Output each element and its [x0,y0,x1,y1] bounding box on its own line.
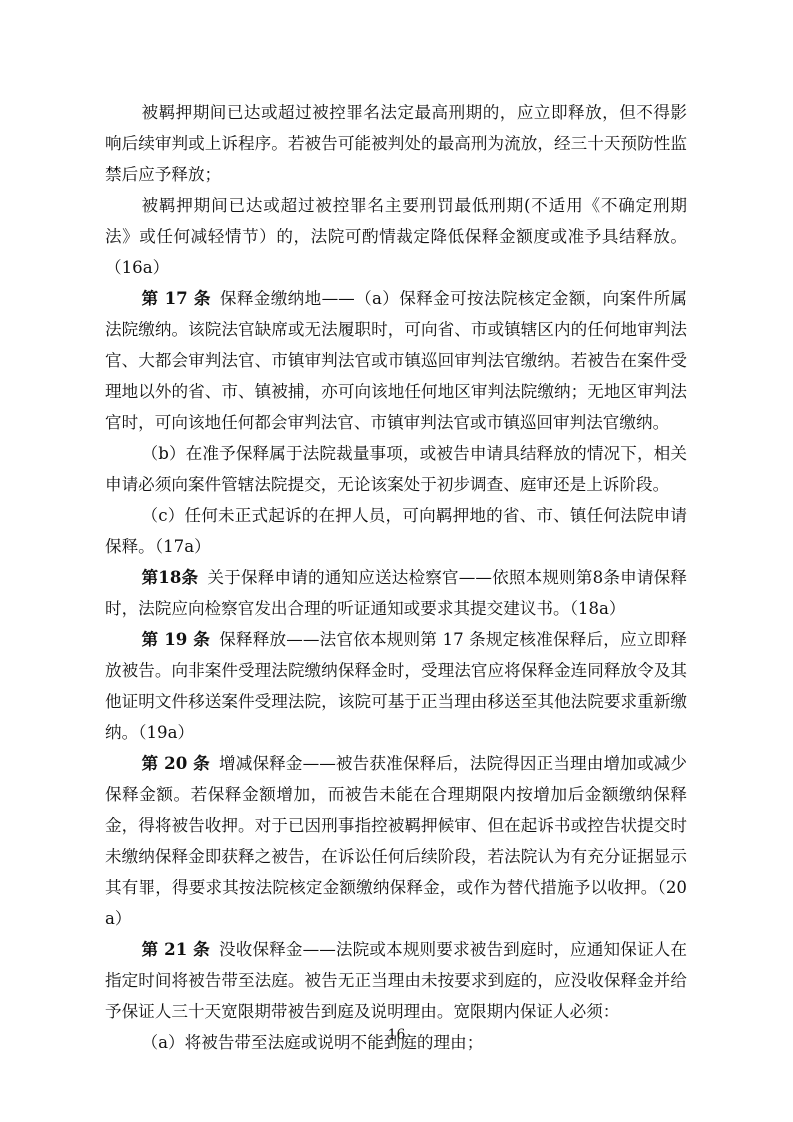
paragraph-text: 被羁押期间已达或超过被控罪名主要刑罚最低刑期(不适用《不确定刑期法》或任何减轻情… [105,196,687,277]
article-number: 第 17 条 [142,288,211,308]
paragraph-text: （c）任何未正式起诉的在押人员，可向羁押地的省、市、镇任何法院申请保释。（17a… [105,506,687,556]
paragraph-release-max-term: 被羁押期间已达或超过被控罪名法定最高刑期的，应立即释放，但不得影响后续审判或上诉… [105,97,687,190]
article-number: 第18条 [142,567,199,587]
paragraph-text: 被羁押期间已达或超过被控罪名法定最高刑期的，应立即释放，但不得影响后续审判或上诉… [105,103,687,184]
paragraph-text: 保释金缴纳地——（a）保释金可按法院核定金额，向案件所属法院缴纳。该院法官缺席或… [105,289,687,432]
paragraph-release-min-term: 被羁押期间已达或超过被控罪名主要刑罚最低刑期(不适用《不确定刑期法》或任何减轻情… [105,190,687,283]
paragraph-article-17: 第 17 条保释金缴纳地——（a）保释金可按法院核定金额，向案件所属法院缴纳。该… [105,283,687,438]
paragraph-article-21: 第 21 条没收保释金——法院或本规则要求被告到庭时，应通知保证人在指定时间将被… [105,934,687,1027]
paragraph-article-18: 第18条关于保释申请的通知应送达检察官——依照本规则第8条申请保释时，法院应向检… [105,562,687,624]
paragraph-text: 增减保释金——被告获准保释后，法院得因正当理由增加或减少保释金额。若保释金额增加… [105,754,687,928]
article-number: 第 21 条 [142,939,210,959]
paragraph-article-20: 第 20 条增减保释金——被告获准保释后，法院得因正当理由增加或减少保释金额。若… [105,748,687,934]
paragraph-text: （b）在准予保释属于法院裁量事项，或被告申请具结释放的情况下，相关申请必须向案件… [105,444,687,494]
article-number: 第 19 条 [142,629,211,649]
paragraph-article-19: 第 19 条保释释放——法官依本规则第 17 条规定核准保释后，应立即释放被告。… [105,624,687,748]
page-number: 16 [0,1026,793,1044]
document-body: 被羁押期间已达或超过被控罪名法定最高刑期的，应立即释放，但不得影响后续审判或上诉… [105,97,687,1058]
article-number: 第 20 条 [142,753,210,773]
paragraph-article-17-b: （b）在准予保释属于法院裁量事项，或被告申请具结释放的情况下，相关申请必须向案件… [105,438,687,500]
document-page: 被羁押期间已达或超过被控罪名法定最高刑期的，应立即释放，但不得影响后续审判或上诉… [0,0,793,1122]
paragraph-article-17-c: （c）任何未正式起诉的在押人员，可向羁押地的省、市、镇任何法院申请保释。（17a… [105,500,687,562]
